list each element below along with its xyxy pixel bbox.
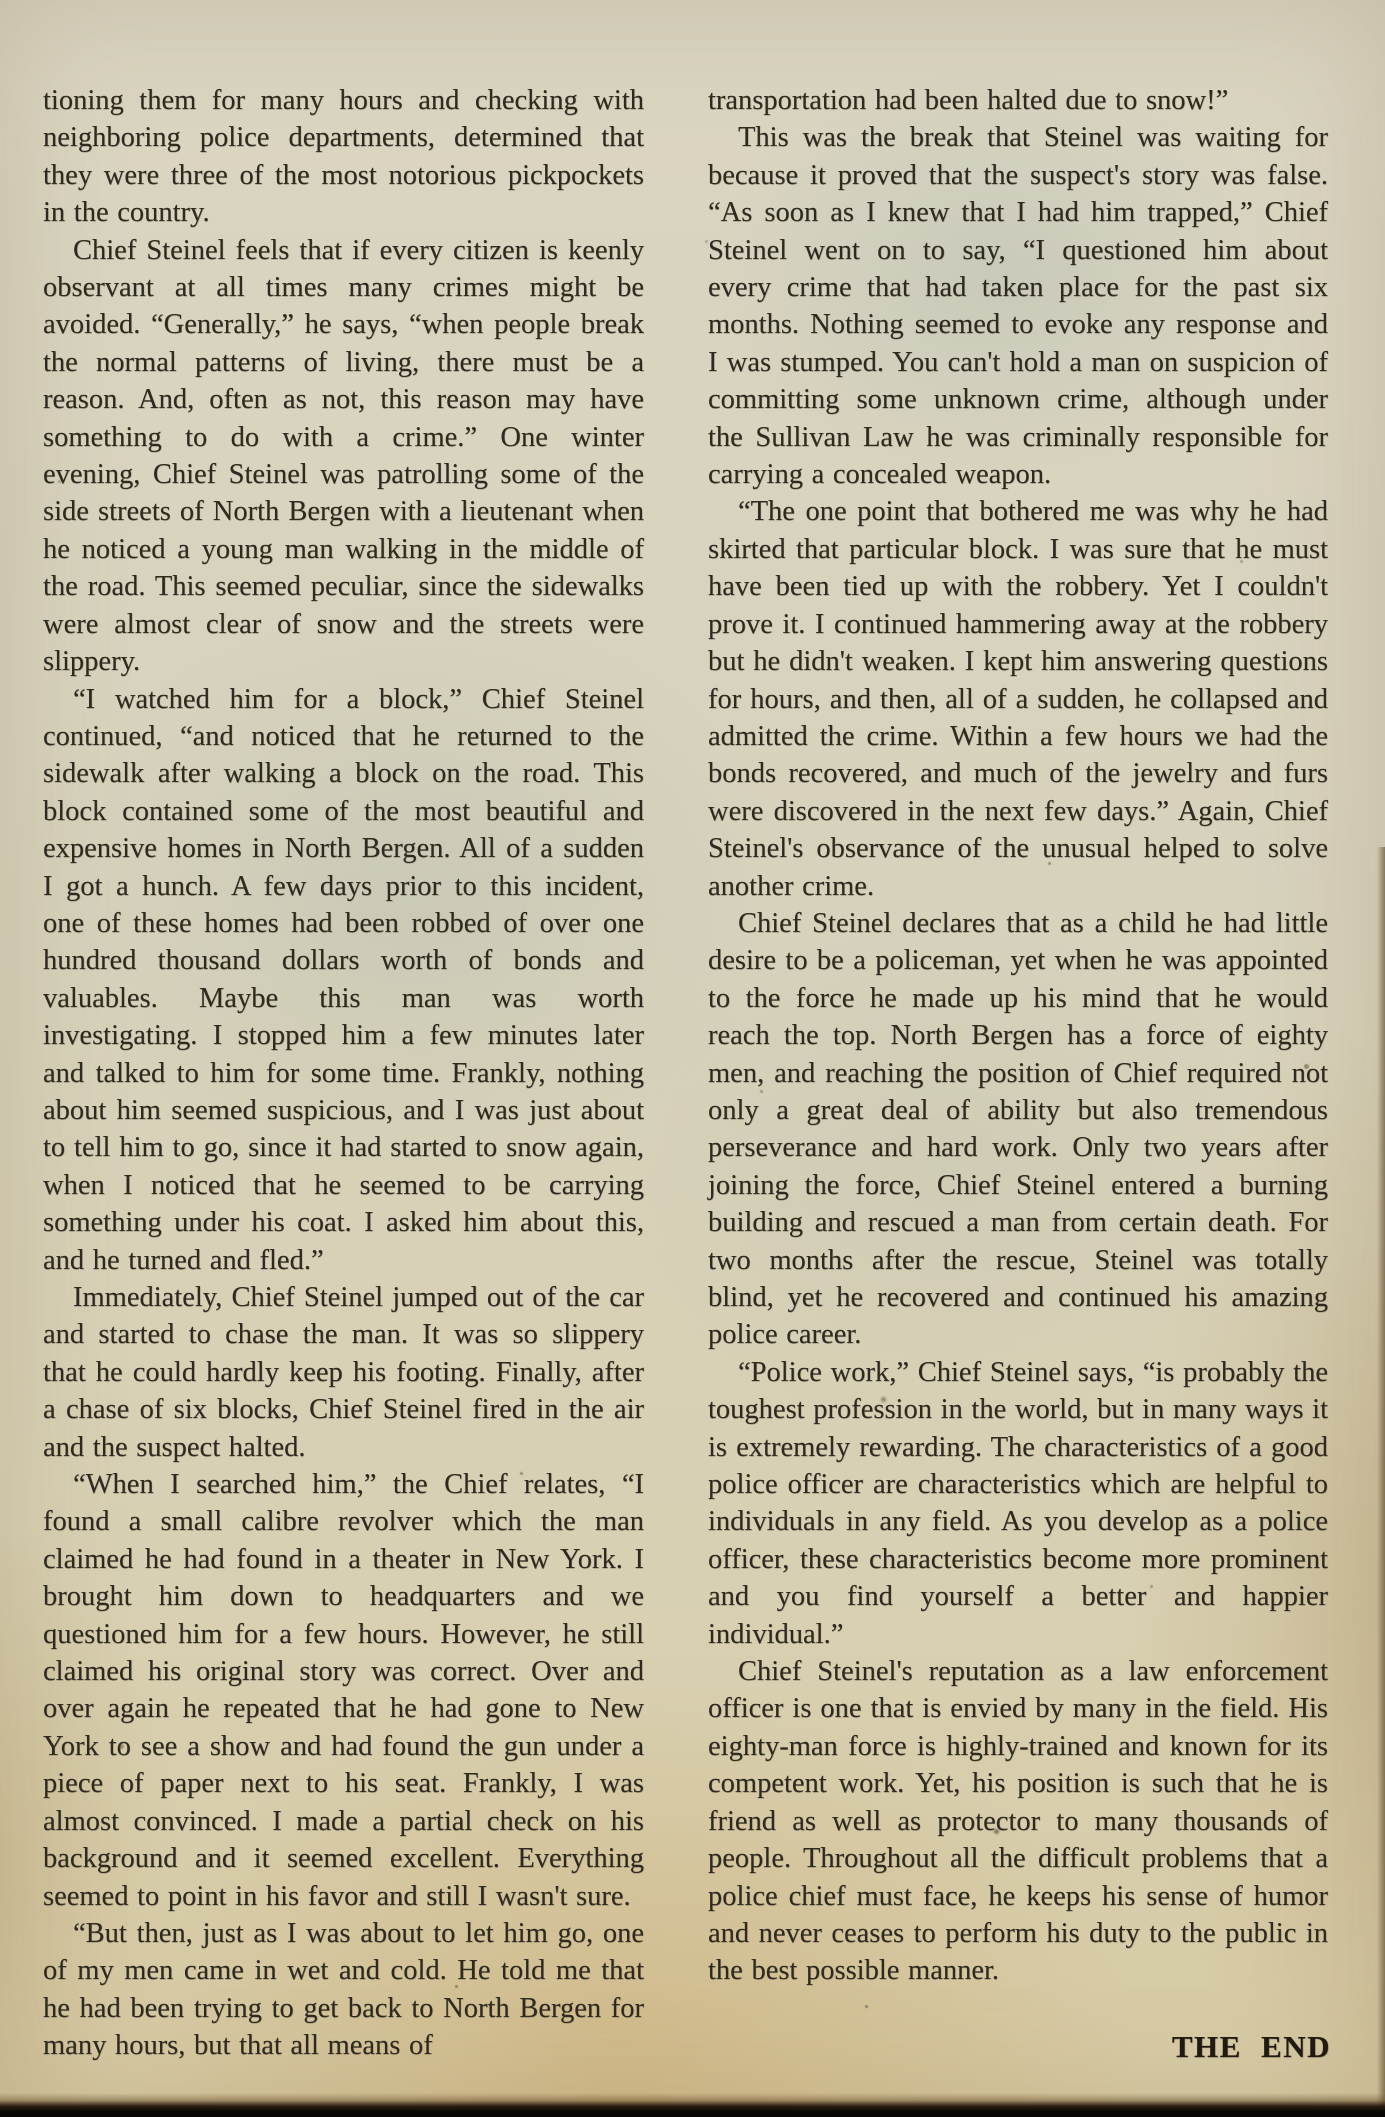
the-end-label: THE END — [1172, 2029, 1331, 2065]
column-right: transportation had been halted due to sn… — [708, 82, 1328, 2065]
paragraph: Chief Steinel's reputation as a law enfo… — [708, 1653, 1328, 1990]
paragraph: Chief Steinel feels that if every citize… — [43, 232, 644, 681]
paragraph: “The one point that bothered me was why … — [708, 493, 1328, 904]
right-page-edge-shadow — [1377, 847, 1385, 2117]
text-columns: tioning them for many hours and checking… — [0, 0, 1385, 2065]
paragraph: tioning them for many hours and checking… — [43, 82, 644, 232]
paragraph: This was the break that Steinel was wait… — [708, 119, 1328, 493]
paragraph: “I watched him for a block,” Chief Stein… — [43, 681, 644, 1280]
paragraph: “When I searched him,” the Chief relates… — [43, 1466, 644, 1915]
column-left: tioning them for many hours and checking… — [43, 82, 644, 2065]
page: tioning them for many hours and checking… — [0, 0, 1385, 2117]
bottom-page-edge-strip — [0, 2093, 1385, 2117]
paragraph: Chief Steinel declares that as a child h… — [708, 905, 1328, 1354]
paragraph: “Police work,” Chief Steinel says, “is p… — [708, 1354, 1328, 1653]
paragraph: transportation had been halted due to sn… — [708, 82, 1328, 119]
paper-specks-decoration — [0, 0, 3, 3]
paragraph: Immediately, Chief Steinel jumped out of… — [43, 1279, 644, 1466]
paragraph: “But then, just as I was about to let hi… — [43, 1915, 644, 2065]
